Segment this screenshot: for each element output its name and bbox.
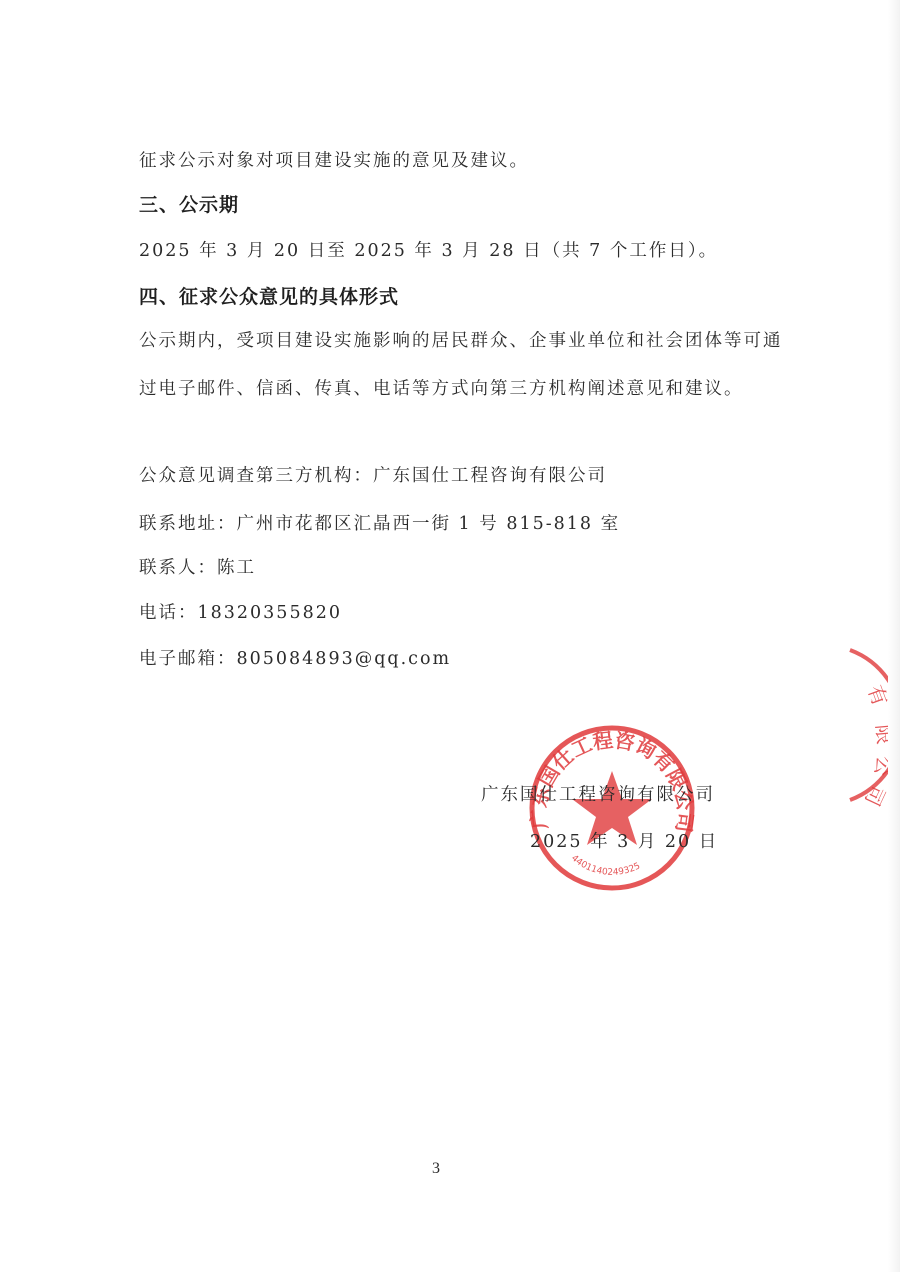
svg-text:司: 司 xyxy=(860,782,890,810)
section3-period-text: 2025 年 3 月 20 日至 2025 年 3 月 28 日（共 7 个工作… xyxy=(139,237,718,262)
intro-tail-text: 征求公示对象对项目建设实施的意见及建议。 xyxy=(139,147,529,172)
contact-address: 联系地址：广州市花都区汇晶西一街 1 号 815-818 室 xyxy=(139,510,620,535)
contact-phone: 电话：18320355820 xyxy=(139,599,342,624)
page-edge xyxy=(888,0,900,1272)
page-number: 3 xyxy=(432,1160,440,1178)
contact-email: 电子邮箱：805084893@qq.com xyxy=(139,645,451,670)
signature-company: 广东国仕工程咨询有限公司 xyxy=(481,781,715,806)
svg-text:4401140249325: 4401140249325 xyxy=(569,853,642,877)
section4-paragraph-line1: 公示期内，受项目建设实施影响的居民群众、企事业单位和社会团体等可通 xyxy=(139,327,783,352)
section3-heading: 三、公示期 xyxy=(139,190,239,217)
company-seal-icon: 广东国仕工程咨询有限公司 4401140249325 xyxy=(527,723,697,893)
section4-paragraph-line2: 过电子邮件、信函、传真、电话等方式向第三方机构阐述意见和建议。 xyxy=(139,375,744,400)
contact-person: 联系人：陈工 xyxy=(139,554,256,579)
section4-heading: 四、征求公众意见的具体形式 xyxy=(139,282,399,309)
contact-org: 公众意见调查第三方机构：广东国仕工程咨询有限公司 xyxy=(139,462,607,487)
signature-date: 2025 年 3 月 20 日 xyxy=(530,828,718,853)
